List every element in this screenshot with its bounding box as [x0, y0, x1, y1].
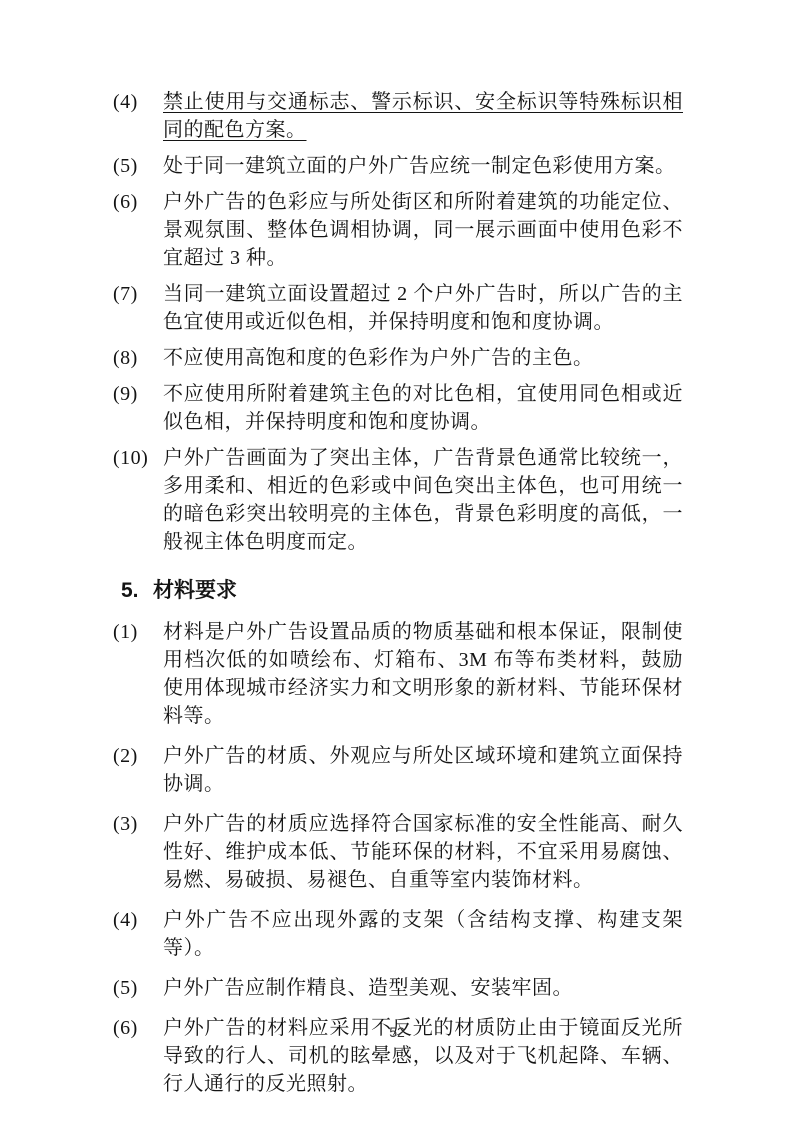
list-item: (2) 户外广告的材质、外观应与所处区域环境和建筑立面保持协调。 — [113, 742, 683, 798]
item-text: 材料是户外广告设置品质的物质基础和根本保证，限制使用档次低的如喷绘布、灯箱布、3… — [163, 618, 683, 730]
item-number: (3) — [113, 810, 163, 894]
color-requirements-list: (4) 禁止使用与交通标志、警示标识、安全标识等特殊标识相同的配色方案。 (5)… — [113, 88, 683, 556]
item-number: (6) — [113, 188, 163, 272]
list-item: (10) 户外广告画面为了突出主体，广告背景色通常比较统一，多用柔和、相近的色彩… — [113, 444, 683, 556]
item-number: (5) — [113, 152, 163, 180]
item-number: (10) — [113, 444, 163, 556]
item-number: (4) — [113, 906, 163, 962]
item-number: (5) — [113, 974, 163, 1002]
item-text: 户外广告的材质应选择符合国家标准的安全性能高、耐久性好、维护成本低、节能环保的材… — [163, 810, 683, 894]
list-item: (4) 户外广告不应出现外露的支架（含结构支撑、构建支架等）。 — [113, 906, 683, 962]
list-item: (7) 当同一建筑立面设置超过 2 个户外广告时，所以广告的主色宜使用或近似色相… — [113, 280, 683, 336]
list-item: (1) 材料是户外广告设置品质的物质基础和根本保证，限制使用档次低的如喷绘布、灯… — [113, 618, 683, 730]
item-text: 处于同一建筑立面的户外广告应统一制定色彩使用方案。 — [163, 152, 683, 180]
page-content: (4) 禁止使用与交通标志、警示标识、安全标识等特殊标识相同的配色方案。 (5)… — [113, 88, 683, 1110]
item-text: 禁止使用与交通标志、警示标识、安全标识等特殊标识相同的配色方案。 — [163, 88, 683, 144]
item-text: 不应使用高饱和度的色彩作为户外广告的主色。 — [163, 344, 683, 372]
list-item: (8) 不应使用高饱和度的色彩作为户外广告的主色。 — [113, 344, 683, 372]
list-item: (5) 处于同一建筑立面的户外广告应统一制定色彩使用方案。 — [113, 152, 683, 180]
item-text: 户外广告画面为了突出主体，广告背景色通常比较统一，多用柔和、相近的色彩或中间色突… — [163, 444, 683, 556]
list-item: (5) 户外广告应制作精良、造型美观、安装牢固。 — [113, 974, 683, 1002]
item-number: (9) — [113, 380, 163, 436]
section-heading-title: 材料要求 — [153, 576, 237, 606]
list-item: (3) 户外广告的材质应选择符合国家标准的安全性能高、耐久性好、维护成本低、节能… — [113, 810, 683, 894]
item-number: (4) — [113, 88, 163, 144]
list-item: (4) 禁止使用与交通标志、警示标识、安全标识等特殊标识相同的配色方案。 — [113, 88, 683, 144]
item-text: 户外广告不应出现外露的支架（含结构支撑、构建支架等）。 — [163, 906, 683, 962]
section-heading-number: 5. — [121, 576, 153, 606]
section-heading: 5. 材料要求 — [121, 576, 683, 606]
item-text: 不应使用所附着建筑主色的对比色相，宜使用同色相或近似色相，并保持明度和饱和度协调… — [163, 380, 683, 436]
item-text: 户外广告应制作精良、造型美观、安装牢固。 — [163, 974, 683, 1002]
item-number: (7) — [113, 280, 163, 336]
item-text: 当同一建筑立面设置超过 2 个户外广告时，所以广告的主色宜使用或近似色相，并保持… — [163, 280, 683, 336]
list-item: (9) 不应使用所附着建筑主色的对比色相，宜使用同色相或近似色相，并保持明度和饱… — [113, 380, 683, 436]
item-number: (8) — [113, 344, 163, 372]
document-page: (4) 禁止使用与交通标志、警示标识、安全标识等特殊标识相同的配色方案。 (5)… — [0, 0, 794, 1122]
page-number: 52 — [0, 1022, 794, 1042]
list-item: (6) 户外广告的色彩应与所处街区和所附着建筑的功能定位、景观氛围、整体色调相协… — [113, 188, 683, 272]
item-number: (1) — [113, 618, 163, 730]
item-number: (2) — [113, 742, 163, 798]
item-text: 户外广告的材质、外观应与所处区域环境和建筑立面保持协调。 — [163, 742, 683, 798]
item-text: 户外广告的色彩应与所处街区和所附着建筑的功能定位、景观氛围、整体色调相协调，同一… — [163, 188, 683, 272]
